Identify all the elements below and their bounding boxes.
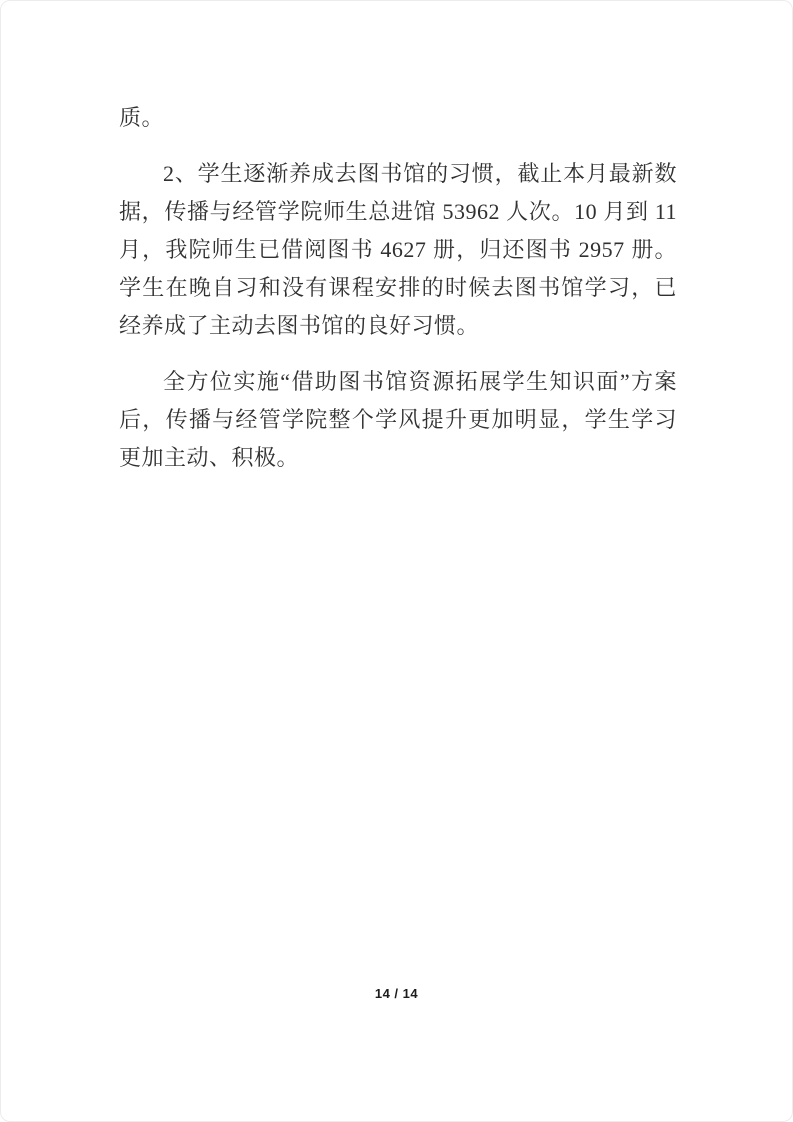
paragraph-library-habit: 2、学生逐渐养成去图书馆的习惯，截止本月最新数据，传播与经管学院师生总进馆 53… [119,155,677,345]
page-footer: 14 / 14 [1,985,792,1003]
paragraph-conclusion: 全方位实施“借助图书馆资源拓展学生知识面”方案后，传播与经管学院整个学风提升更加… [119,363,677,477]
paragraph-continuation: 质。 [119,99,677,137]
document-page: 质。 2、学生逐渐养成去图书馆的习惯，截止本月最新数据，传播与经管学院师生总进馆… [0,0,793,1122]
document-body: 质。 2、学生逐渐养成去图书馆的习惯，截止本月最新数据，传播与经管学院师生总进馆… [119,99,677,495]
page-number: 14 / 14 [375,986,418,1001]
